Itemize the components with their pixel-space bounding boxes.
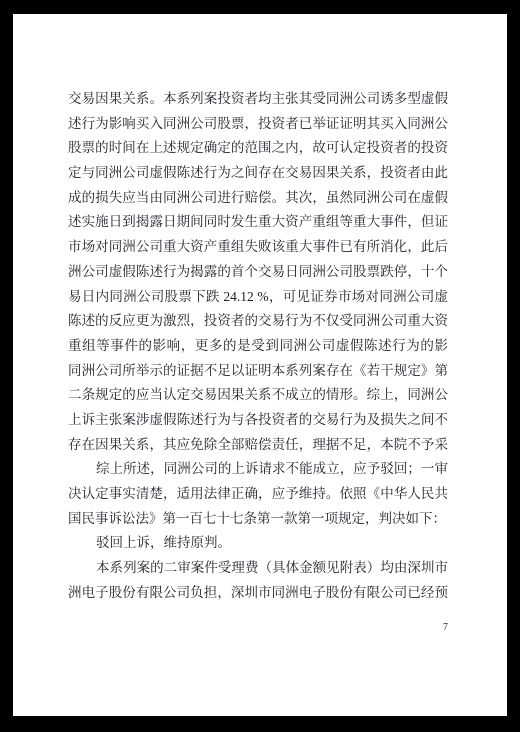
text-line: 综上所述，同洲公司的上诉请求不能成立，应予驳回；一审判 (68, 457, 448, 482)
text-line: 洲公司虚假陈述行为揭露的首个交易日同洲公司股票跌停，十个交 (68, 260, 448, 285)
text-line: 本系列案的二审案件受理费（具体金额见附表）均由深圳市同 (68, 556, 448, 581)
text-line: 洲电子股份有限公司负担，深圳市同洲电子股份有限公司已经预交， (68, 581, 448, 606)
text-line: 易日内同洲公司股票下跌 24.12 %，可见证券市场对同洲公司虚假 (68, 285, 448, 310)
text-line: 述实施日到揭露日期间同时发生重大资产重组等重大事件，但证券 (68, 210, 448, 235)
text-line: 述行为影响买入同洲公司股票，投资者已举证证明其买入同洲公司 (68, 112, 448, 137)
text-line: 决认定事实清楚，适用法律正确，应予维持。依照《中华人民共和 (68, 482, 448, 507)
text-line: 陈述的反应更为激烈，投资者的交易行为不仅受同洲公司重大资产 (68, 309, 448, 334)
document-page: 交易因果关系。本系列案投资者均主张其受同洲公司诱多型虚假陈述行为影响买入同洲公司… (13, 14, 507, 716)
text-line: 存在因果关系，其应免除全部赔偿责任，理据不足，本院不予采纳。 (68, 433, 448, 458)
text-line: 二条规定的应当认定交易因果关系不成立的情形。综上，同洲公司 (68, 383, 448, 408)
text-line: 定与同洲公司虚假陈述行为之间存在交易因果关系，投资者由此造 (68, 161, 448, 186)
text-line: 国民事诉讼法》第一百七十七条第一款第一项规定，判决如下： (68, 507, 448, 532)
text-line: 重组等事件的影响，更多的是受到同洲公司虚假陈述行为的影响。 (68, 334, 448, 359)
text-line: 驳回上诉，维持原判。 (68, 531, 448, 556)
text-line: 股票的时间在上述规定确定的范围之内，故可认定投资者的投资决 (68, 136, 448, 161)
text-line: 上诉主张案涉虚假陈述行为与各投资者的交易行为及损失之间不 (68, 408, 448, 433)
text-line: 交易因果关系。本系列案投资者均主张其受同洲公司诱多型虚假陈 (68, 87, 448, 112)
text-line: 市场对同洲公司重大资产重组失败该重大事件已有所消化，此后同 (68, 235, 448, 260)
viewer-background: 交易因果关系。本系列案投资者均主张其受同洲公司诱多型虚假陈述行为影响买入同洲公司… (0, 0, 520, 732)
document-text-block: 交易因果关系。本系列案投资者均主张其受同洲公司诱多型虚假陈述行为影响买入同洲公司… (68, 87, 448, 605)
page-number: 7 (68, 621, 448, 635)
text-line: 成的损失应当由同洲公司进行赔偿。其次，虽然同洲公司在虚假陈 (68, 186, 448, 211)
text-line: 同洲公司所举示的证据不足以证明本系列案存在《若干规定》第十 (68, 359, 448, 384)
